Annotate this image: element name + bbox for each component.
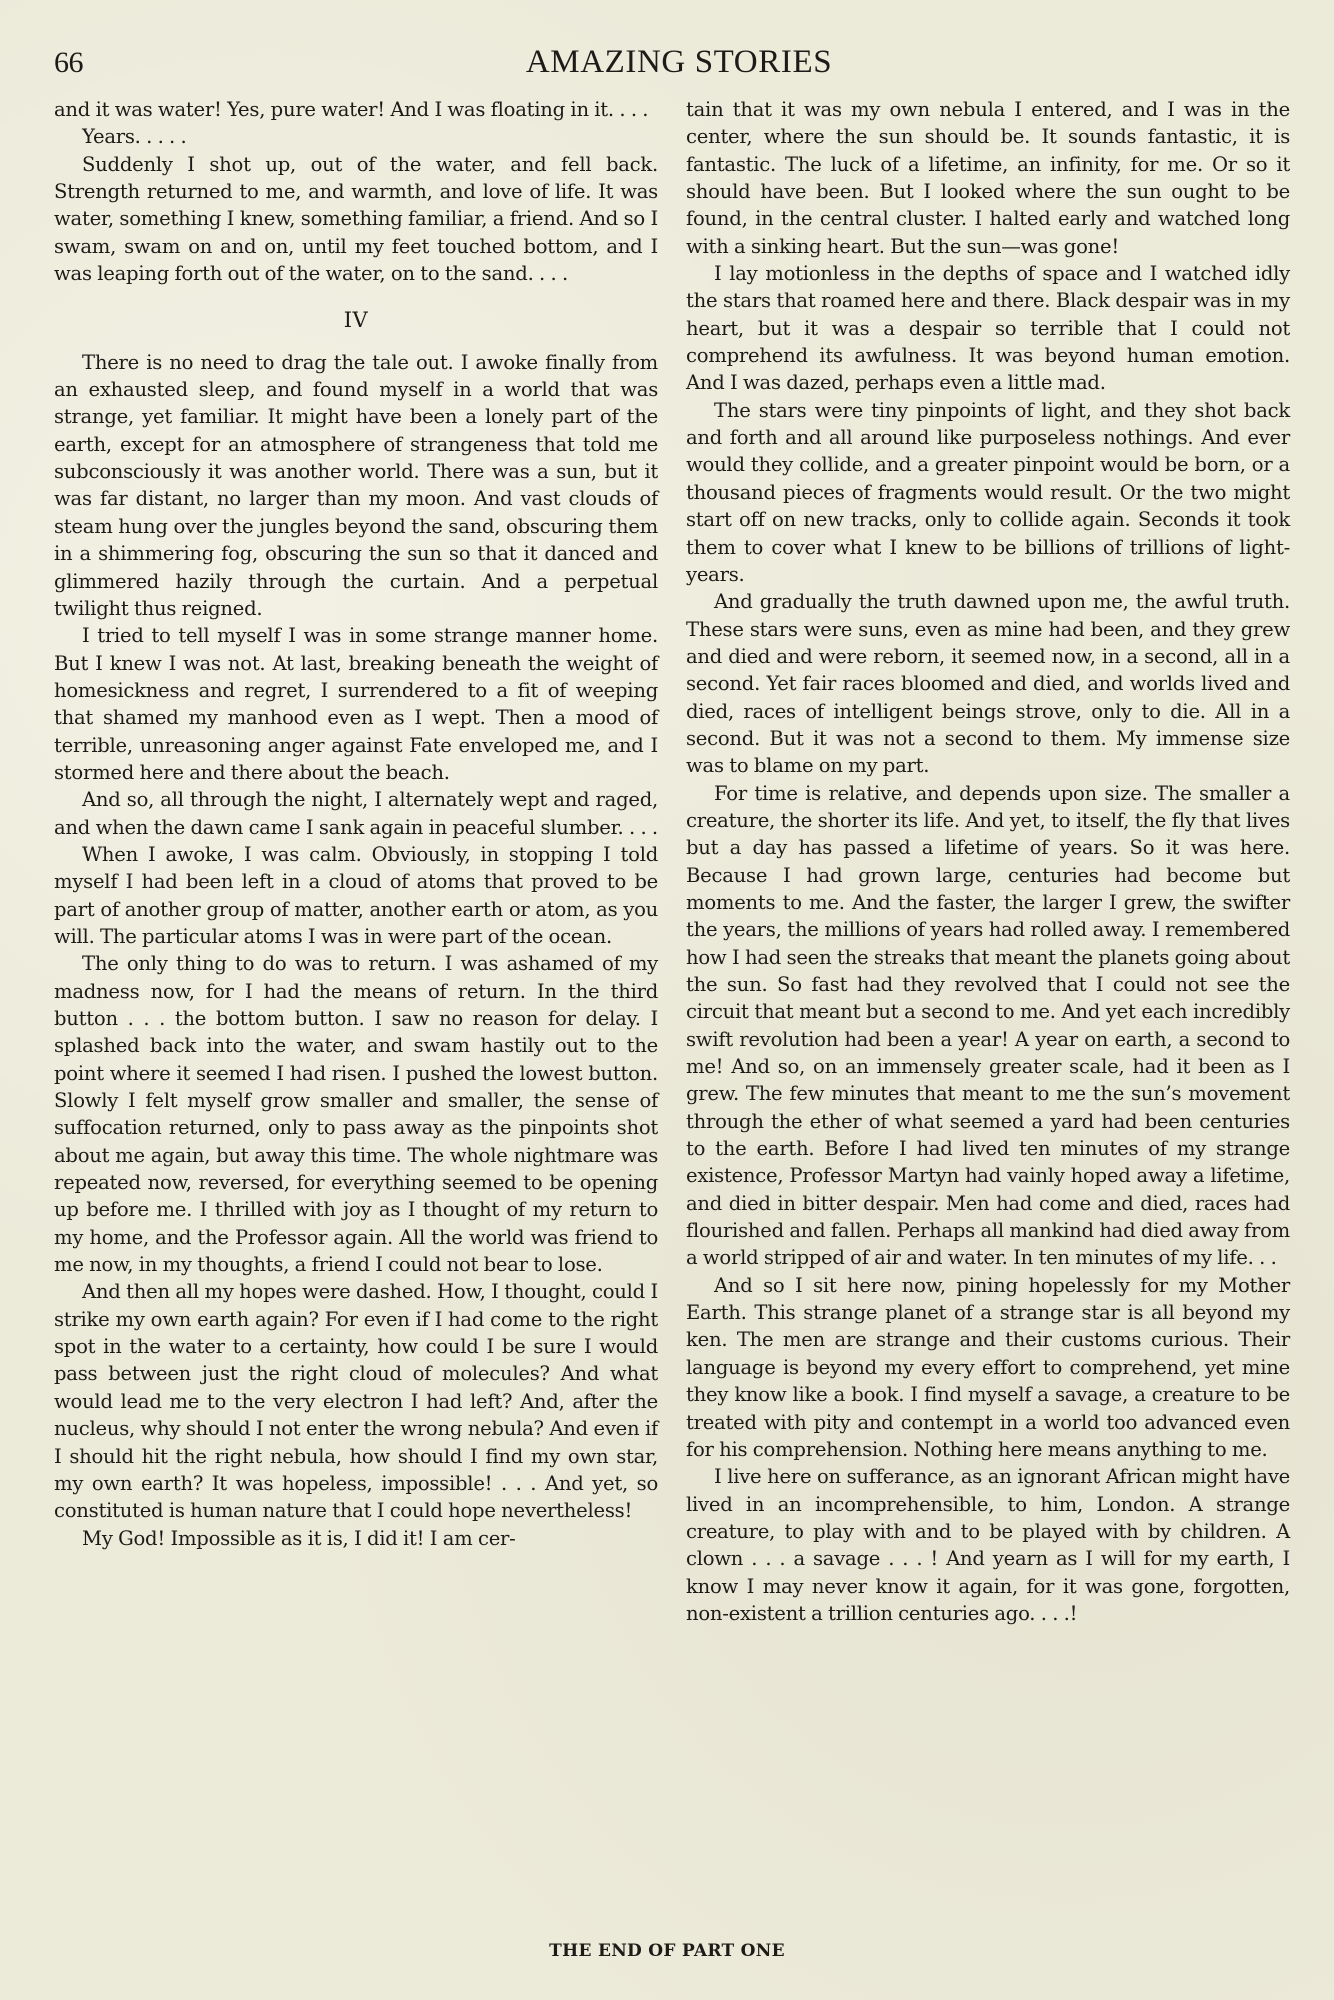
paragraph: The stars were tiny pinpoints of light, … [686, 397, 1290, 588]
paragraph: I live here on sufferance, as an ignoran… [686, 1463, 1290, 1627]
left-column: and it was water! Yes, pure water! And I… [54, 96, 658, 1552]
paragraph: tain that it was my own nebula I entered… [686, 96, 1290, 260]
magazine-title: AMAZING STORIES [0, 44, 1334, 81]
paragraph: There is no need to drag the tale out. I… [54, 349, 658, 622]
paragraph: and it was water! Yes, pure water! And I… [54, 96, 658, 123]
paragraph: I tried to tell myself I was in some str… [54, 622, 658, 786]
paragraph: And gradually the truth dawned upon me, … [686, 588, 1290, 779]
end-of-part-note: THE END OF PART ONE [0, 1941, 1334, 1961]
paragraph: And so, all through the night, I alterna… [54, 786, 658, 841]
paragraph: When I awoke, I was calm. Obviously, in … [54, 841, 658, 950]
paragraph: I lay motionless in the depths of space … [686, 260, 1290, 397]
paragraph: Years. . . . . [54, 123, 658, 150]
paragraph: And so I sit here now, pining hopelessly… [686, 1272, 1290, 1463]
paragraph: For time is relative, and depends upon s… [686, 780, 1290, 1272]
paragraph: And then all my hopes were dashed. How, … [54, 1278, 658, 1524]
paragraph: Suddenly I shot up, out of the water, an… [54, 151, 658, 288]
right-column: tain that it was my own nebula I entered… [686, 96, 1290, 1627]
paragraph: My God! Impossible as it is, I did it! I… [54, 1525, 658, 1552]
section-heading: IV [54, 307, 658, 334]
paragraph: The only thing to do was to return. I wa… [54, 950, 658, 1278]
